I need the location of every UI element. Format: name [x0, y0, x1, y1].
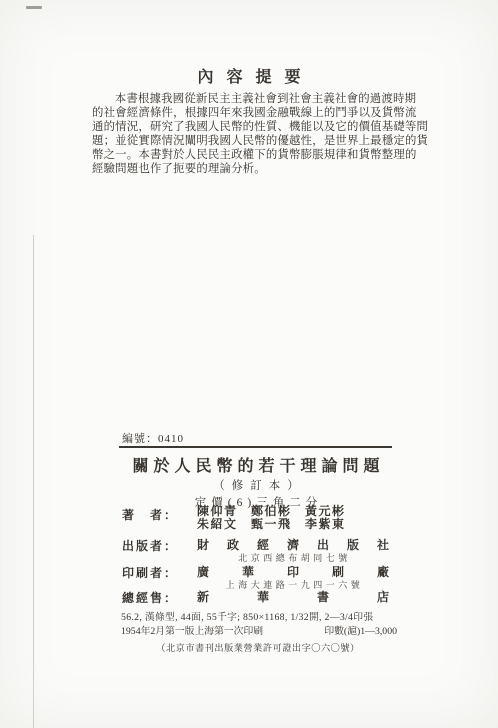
page-content: 內容提要 本書根據我國從新民主主義社會到社會主義社會的過渡時期 的社會經濟條件，… — [0, 0, 498, 728]
scanned-book-page: 內容提要 本書根據我國從新民主主義社會到社會主義社會的過渡時期 的社會經濟條件，… — [0, 0, 498, 728]
publisher-label: 出版者： — [122, 537, 178, 554]
distributor-name: 新華書店 — [197, 588, 437, 605]
summary-line: 通的情況，研究了我國人民幣的性質、機能以及它的價值基礎等問 — [92, 121, 412, 135]
license-line: （北京市書刊出版業營業許可證出字〇六〇號） — [110, 640, 406, 654]
divider-rule — [119, 446, 392, 448]
edition-info: 1954年2月第一版上海第一次印刷 — [121, 623, 263, 637]
distributor-label: 總經售： — [122, 589, 178, 606]
author-names-line2: 朱紹文 甄一飛 李紫東 — [197, 518, 346, 532]
serial-number: 編號：0410 — [122, 430, 184, 446]
edition-printrun-line: 1954年2月第一版上海第一次印刷 印數(滬)1—3,000 — [121, 623, 397, 637]
printing-spec-line: 56.2, 漢條型, 44面, 55千字; 850×1168, 1/32開, 2… — [121, 609, 397, 623]
edition-note: （修訂本） — [120, 477, 392, 493]
book-title: 關於人民幣的若干理論問題 — [120, 453, 392, 476]
summary-line: 幣之一。本書對於人民民主政權下的貨幣膨脹規律和貨幣整理的 — [92, 149, 412, 163]
summary-line: 本書根據我國從新民主主義社會到社會主義社會的過渡時期 — [92, 93, 412, 107]
summary-line: 題；並從實際情況闡明我國人民幣的優越性，是世界上最穩定的貨 — [92, 135, 412, 149]
summary-line: 經驗問題也作了扼要的理論分析。 — [92, 163, 412, 177]
summary-line: 的社會經濟條件，根據四年來我國金融戰線上的鬥爭以及貨幣流 — [92, 107, 412, 121]
print-run: 印數(滬)1—3,000 — [324, 623, 397, 637]
summary-title: 內容提要 — [0, 64, 498, 87]
summary-paragraph: 本書根據我國從新民主主義社會到社會主義社會的過渡時期 的社會經濟條件，根據四年來… — [92, 93, 412, 176]
author-label: 著 者： — [122, 506, 178, 523]
printer-label: 印刷者： — [122, 564, 178, 581]
